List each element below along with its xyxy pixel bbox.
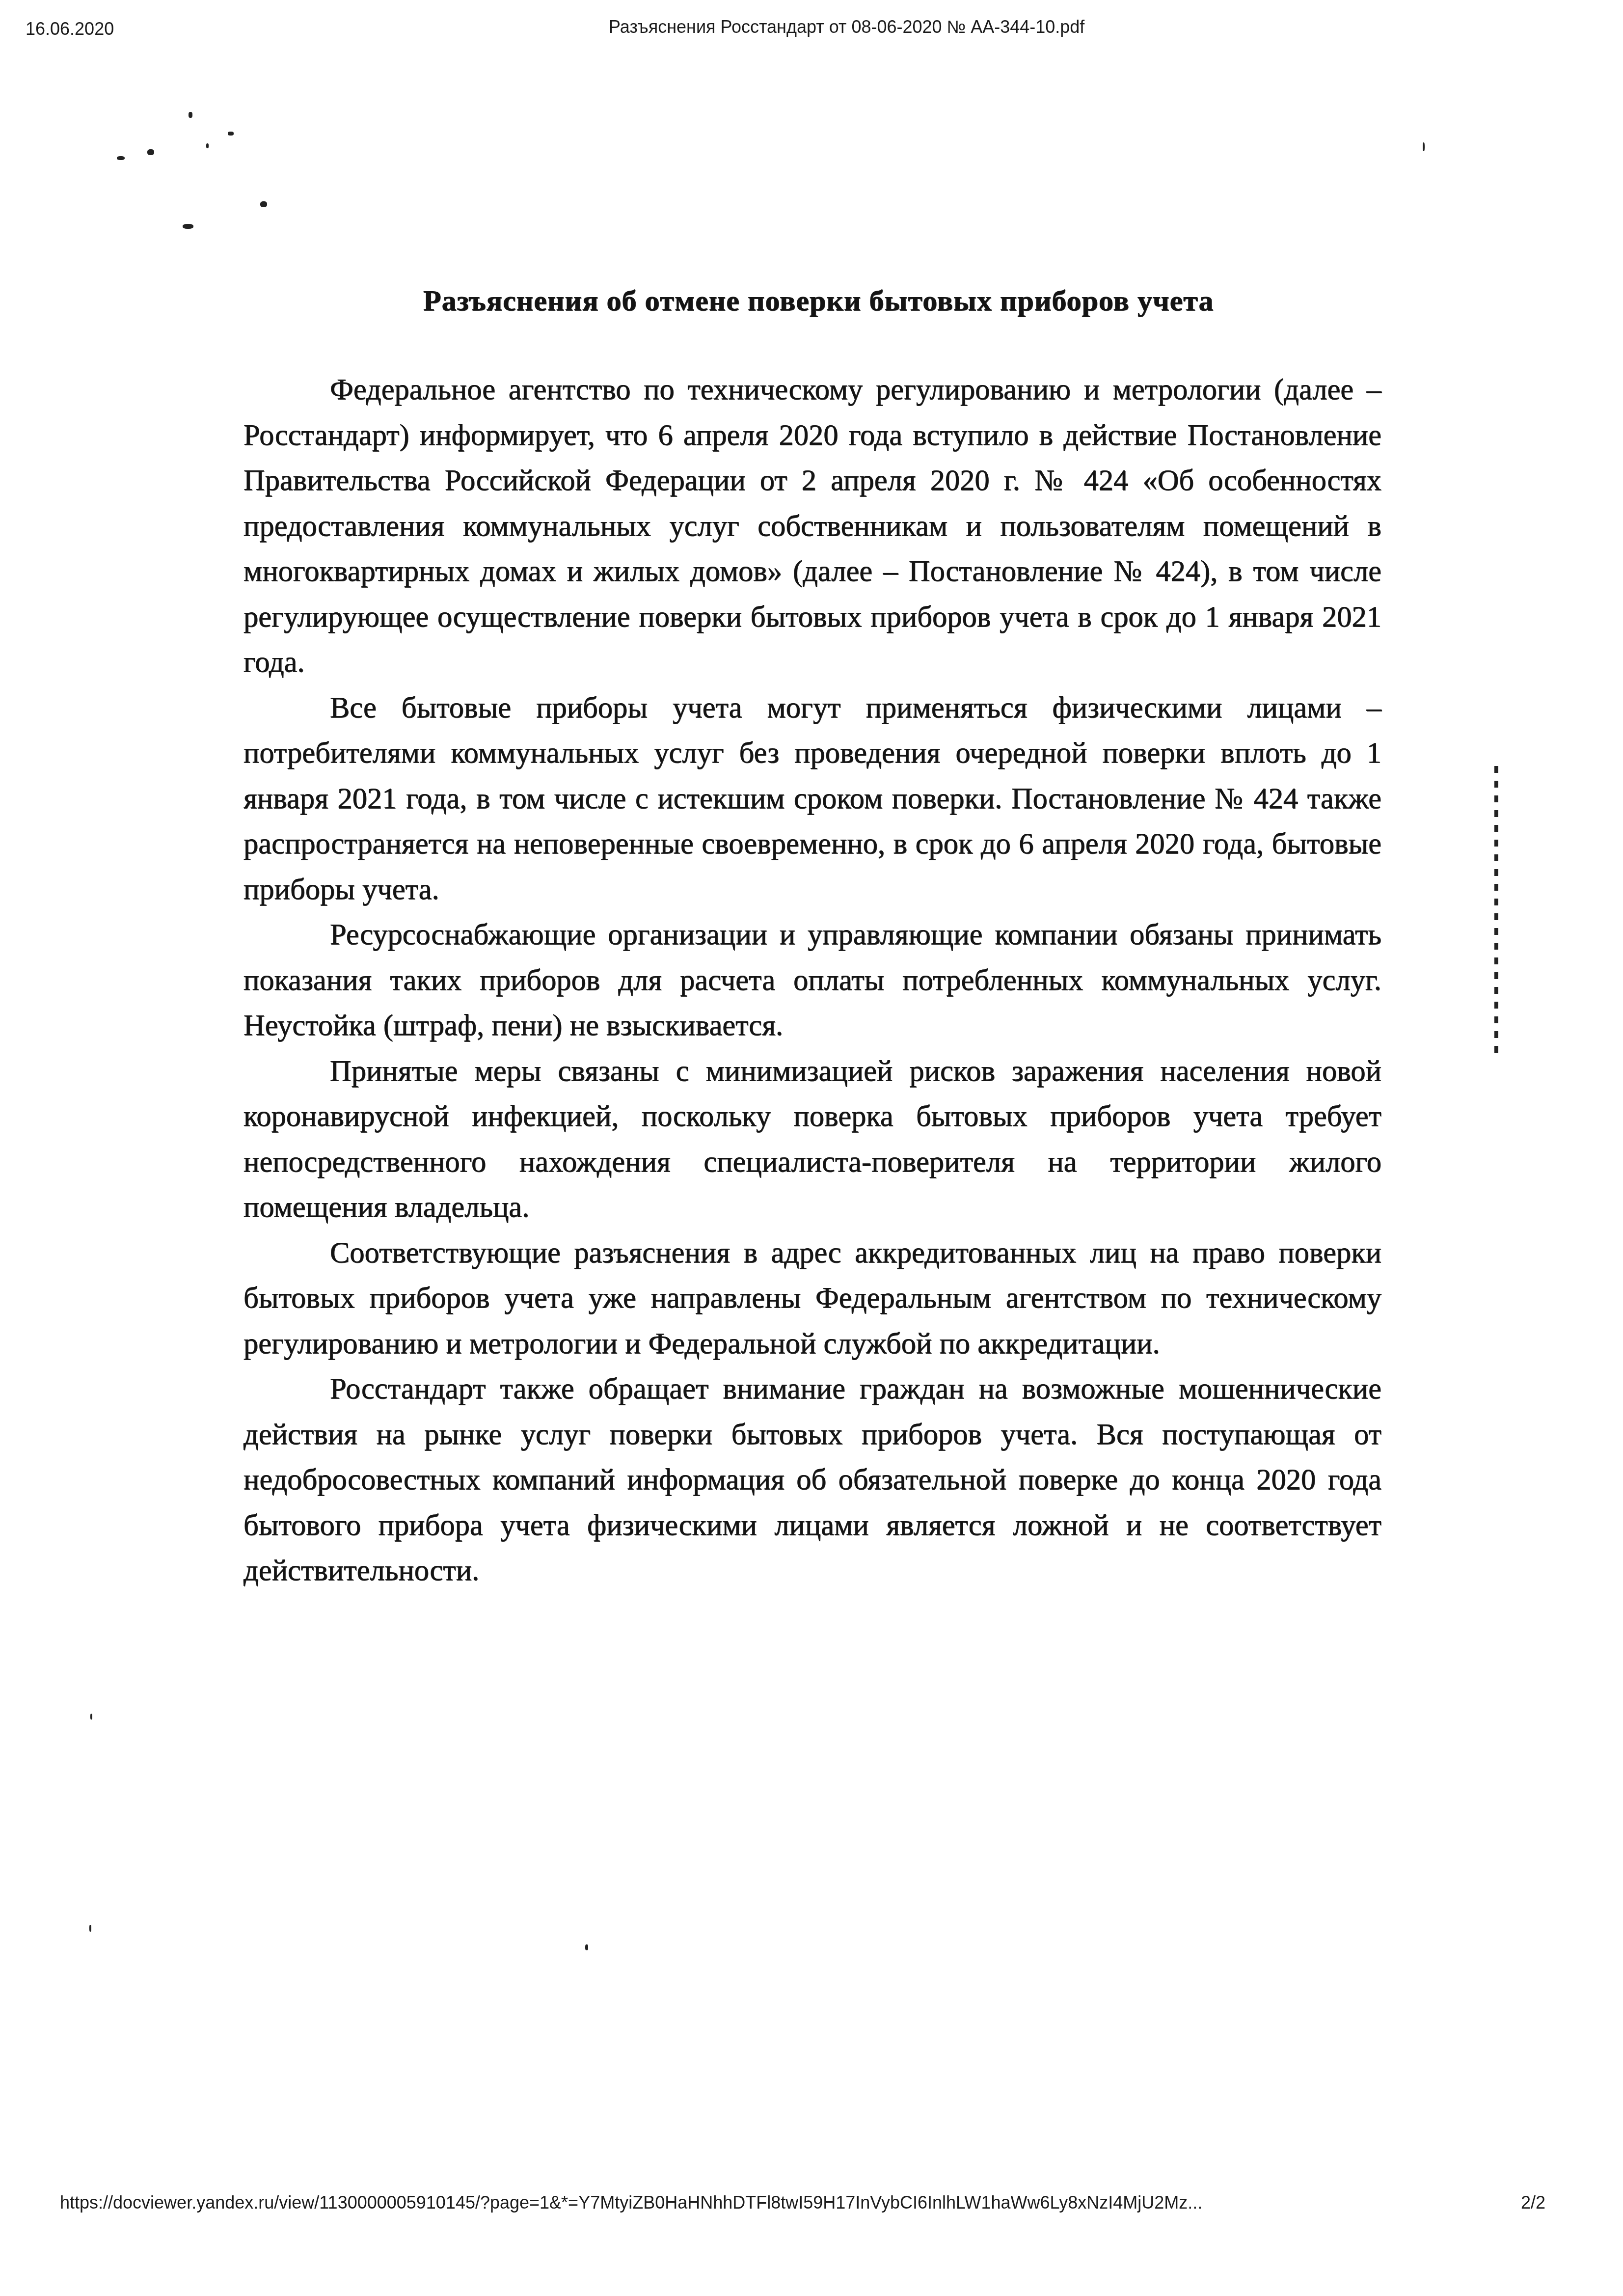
print-footer: https://docviewer.yandex.ru/view/1130000… bbox=[0, 2192, 1623, 2222]
scan-artifact bbox=[183, 224, 193, 229]
scan-artifact bbox=[228, 132, 234, 136]
paragraph: Принятые меры связаны с минимизацией рис… bbox=[243, 1049, 1381, 1230]
scan-artifact bbox=[206, 143, 209, 148]
source-url: https://docviewer.yandex.ru/view/1130000… bbox=[60, 2192, 1202, 2213]
scan-artifact bbox=[89, 1925, 91, 1932]
scan-artifact bbox=[90, 1714, 92, 1720]
scan-artifact bbox=[585, 1944, 588, 1950]
paragraph: Все бытовые приборы учета могут применят… bbox=[243, 685, 1381, 913]
paragraph: Росстандарт также обращает внимание граж… bbox=[243, 1367, 1381, 1594]
scan-artifact bbox=[260, 201, 267, 207]
scan-artifact bbox=[189, 112, 192, 118]
paragraph: Федеральное агентство по техническому ре… bbox=[243, 367, 1381, 685]
paragraph: Ресурсоснабжающие организации и управляю… bbox=[243, 912, 1381, 1049]
margin-scan-marks bbox=[1494, 766, 1498, 1061]
document-body: Федеральное агентство по техническому ре… bbox=[243, 367, 1381, 1594]
page-number: 2/2 bbox=[1521, 2192, 1545, 2213]
document-title: Разъяснения об отмене поверки бытовых пр… bbox=[423, 284, 1287, 318]
scan-artifact bbox=[147, 149, 154, 155]
scanned-page: Разъяснения об отмене поверки бытовых пр… bbox=[0, 0, 1623, 2296]
scan-artifact bbox=[117, 156, 125, 160]
scan-artifact bbox=[1423, 142, 1425, 151]
paragraph: Соответствующие разъяснения в адрес аккр… bbox=[243, 1230, 1381, 1367]
